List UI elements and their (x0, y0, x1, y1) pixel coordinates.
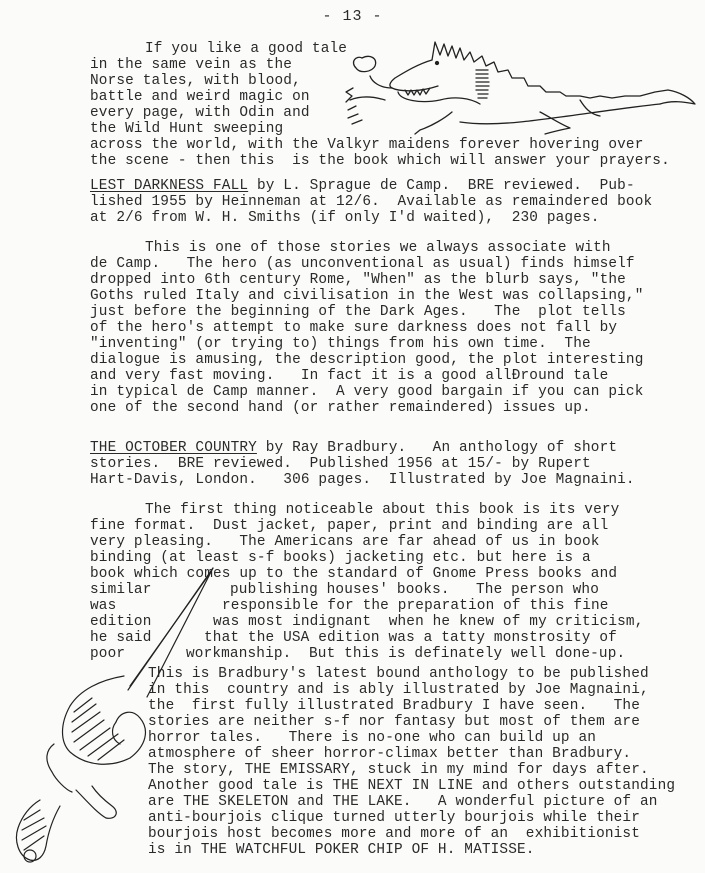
text-line: lished 1955 by Heinneman at 12/6. Availa… (90, 194, 652, 210)
text-line: responsible for the preparation of this … (222, 598, 609, 614)
text-line: very pleasing. The Americans are far ahe… (90, 534, 600, 550)
text-line: de Camp. The hero (as unconventional as … (90, 256, 635, 272)
text-line: The first thing noticeable about this bo… (145, 502, 619, 518)
text-line: fine format. Dust jacket, paper, print a… (90, 518, 608, 534)
text-line: horror tales. There is no-one who can bu… (148, 730, 596, 746)
book-title: THE OCTOBER COUNTRY (90, 440, 257, 456)
text-line: publishing houses' books. The person who (230, 582, 599, 598)
review-header-text: by Ray Bradbury. An anthology of short (257, 440, 617, 456)
text-line: This is one of those stories we always a… (145, 240, 611, 256)
text-line: the first fully illustrated Bradbury I h… (148, 698, 640, 714)
text-line: The story, THE EMISSARY, stuck in my min… (148, 762, 649, 778)
text-line: Hart-Davis, London. 306 pages. Illustrat… (90, 472, 635, 488)
text-line: is in THE WATCHFUL POKER CHIP OF H. MATI… (148, 842, 535, 858)
text-line: the scene - then this is the book which … (90, 153, 670, 169)
text-line: stories are neither s-f nor fantasy but … (148, 714, 640, 730)
text-line: stories. BRE reviewed. Published 1956 at… (90, 456, 591, 472)
text-line: are THE SKELETON and THE LAKE. A wonderf… (148, 794, 658, 810)
text-line: one of the second hand (or rather remain… (90, 400, 591, 416)
text-line: This is Bradbury's latest bound antholog… (148, 666, 649, 682)
page-number: - 13 - (0, 8, 705, 25)
text-line: "inventing" (or trying to) things from h… (90, 336, 591, 352)
text-line: he said (90, 630, 152, 646)
text-line: similar (90, 582, 152, 598)
text-line: was (90, 598, 116, 614)
text-line: was most indignant when he knew of my cr… (213, 614, 644, 630)
text-line: just before the beginning of the Dark Ag… (90, 304, 626, 320)
text-line: and very fast moving. In fact it is a go… (90, 368, 608, 384)
text-line: bourjois host becomes more and more of a… (148, 826, 640, 842)
text-line: Norse tales, with blood, (90, 73, 301, 89)
text-line: edition (90, 614, 152, 630)
text-line: atmosphere of sheer horror-climax better… (148, 746, 631, 762)
book-title: LEST DARKNESS FALL (90, 178, 248, 194)
text-line: in this country and is ably illustrated … (148, 682, 649, 698)
text-line: in the same vein as the (90, 57, 292, 73)
text-line: poor (90, 646, 125, 662)
text-line: binding (at least s-f books) jacketing e… (90, 550, 591, 566)
text-line: of the hero's attempt to make sure darkn… (90, 320, 617, 336)
text-line: at 2/6 from W. H. Smiths (if only I'd wa… (90, 210, 600, 226)
review-header-line: LEST DARKNESS FALL by L. Sprague de Camp… (90, 178, 635, 194)
text-line: in typical de Camp manner. A very good b… (90, 384, 644, 400)
text-line: across the world, with the Valkyr maiden… (90, 137, 644, 153)
text-line: Goths ruled Italy and civilisation in th… (90, 288, 644, 304)
review-header-line: THE OCTOBER COUNTRY by Ray Bradbury. An … (90, 440, 617, 456)
text-line: dropped into 6th century Rome, "When" as… (90, 272, 626, 288)
typewritten-page: - 13 - If you like a good tale in the sa… (0, 0, 705, 873)
text-line: the Wild Hunt sweeping (90, 121, 283, 137)
review-header-text: by L. Sprague de Camp. BRE reviewed. Pub… (248, 178, 635, 194)
text-line: If you like a good tale (145, 41, 347, 57)
text-line: that the USA edition was a tatty monstro… (204, 630, 617, 646)
text-line: battle and weird magic on (90, 89, 310, 105)
dragon-icon (346, 42, 695, 134)
text-line: Another good tale is THE NEXT IN LINE an… (148, 778, 675, 794)
text-line: anti-bourjois clique turned utterly bour… (148, 810, 640, 826)
text-line: book which comes up to the standard of G… (90, 566, 617, 582)
text-line: every page, with Odin and (90, 105, 310, 121)
text-line: dialogue is amusing, the description goo… (90, 352, 644, 368)
text-line: workmanship. But this is definately well… (186, 646, 625, 662)
